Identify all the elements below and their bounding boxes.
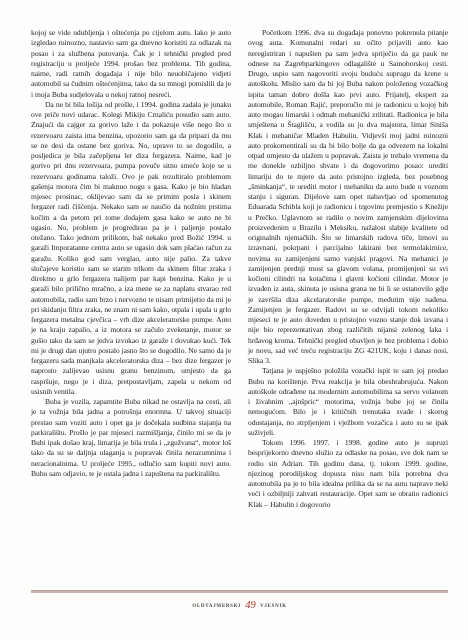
magazine-name-left: oldtajmerski <box>192 602 241 609</box>
paragraph: Tokom 1996. 1997. i 1998. godine auto je… <box>248 438 448 510</box>
paragraph: Da ne bi bila lošija od prošle, i 1994. … <box>31 100 231 397</box>
paragraph: Tatjana je uspješno položila vozački isp… <box>248 366 448 438</box>
magazine-name-right: vjesnik <box>260 602 287 609</box>
text-body: kojoj se vide udubljenja i oštećenja po … <box>31 28 448 510</box>
footer-rule <box>31 590 448 593</box>
footer-text: oldtajmerski 49 vjesnik <box>31 599 448 610</box>
paragraph: Buba je vozila, zapamtite Buba nikad ne … <box>31 397 231 479</box>
page-number: 49 <box>245 600 256 611</box>
left-column: kojoj se vide udubljenja i oštećenja po … <box>31 28 231 510</box>
magazine-page: kojoj se vide udubljenja i oštećenja po … <box>0 0 468 640</box>
page-footer: oldtajmerski 49 vjesnik <box>31 590 448 610</box>
paragraph-continued: kojoj se vide udubljenja i oštećenja po … <box>31 28 231 100</box>
right-column: Početkom 1996. dva su događaja ponovno p… <box>248 28 448 510</box>
paragraph: Početkom 1996. dva su događaja ponovno p… <box>248 28 448 366</box>
